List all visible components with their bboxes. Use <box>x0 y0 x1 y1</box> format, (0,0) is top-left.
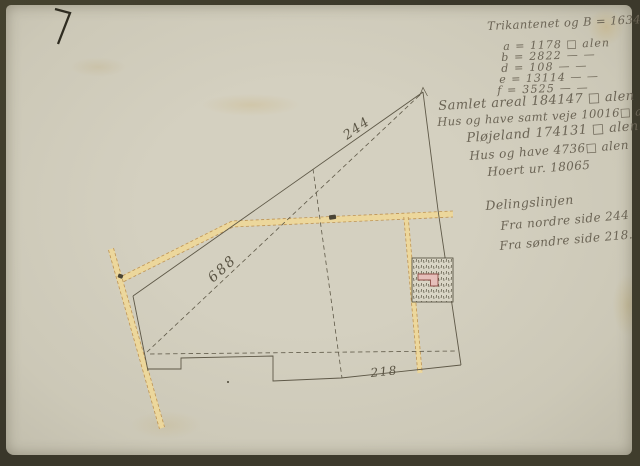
remainder-line: Hoert ur. 18065 <box>487 159 591 178</box>
notes-title: Trikantenet og B = 163400. <box>487 13 640 32</box>
division-heading: Delingslinjen <box>485 194 574 213</box>
handwritten-notes: Trikantenet og B = 163400. a = 1178 □ al… <box>0 0 640 466</box>
division-south-line: Fra søndre side 218. <box>499 228 633 252</box>
photograph-of-survey-document: 244 688 218 Trikantenet og B = 163400. a… <box>0 0 640 466</box>
